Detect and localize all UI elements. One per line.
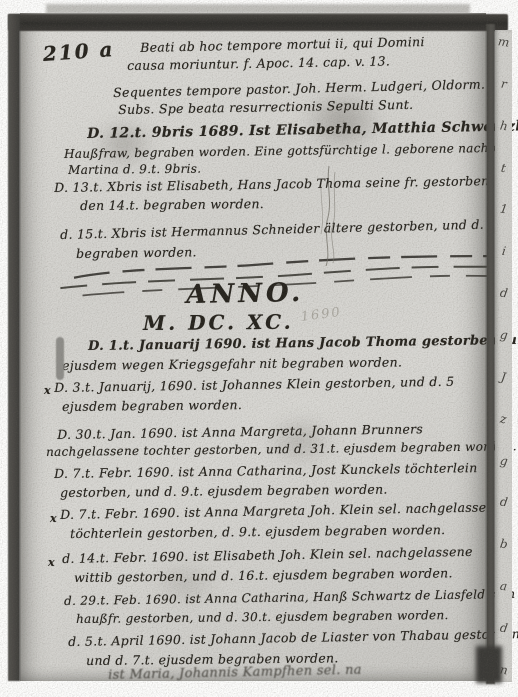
margin-fragment: z <box>500 412 508 425</box>
margin-fragment: 1 <box>499 203 508 216</box>
margin-fragment: m <box>497 35 510 48</box>
burial-entry-line: begraben worden. <box>76 244 197 261</box>
margin-fragment: d <box>499 496 508 509</box>
margin-fragment: d <box>499 622 508 635</box>
folio-number: 210 a <box>42 37 115 66</box>
reader-mark-bar <box>56 337 64 380</box>
margin-fragment: J <box>500 371 506 384</box>
binding-gutter <box>486 24 495 684</box>
margin-fragment: i <box>501 245 506 257</box>
entry-marker-x: x <box>50 512 57 525</box>
margin-fragment: g <box>499 329 508 342</box>
manuscript-scan: 210 a Beati ab hoc tempore mortui ii, qu… <box>0 0 518 697</box>
scan-shadow-corner <box>476 646 502 683</box>
adjacent-page-edge: m r h t 1 i d g J z g d b a d n <box>495 30 512 682</box>
entry-marker-x: x <box>48 556 55 569</box>
entry-marker-x: x <box>44 384 51 397</box>
scan-border-top <box>8 14 508 31</box>
margin-fragment: d <box>499 287 508 300</box>
margin-fragment: t <box>500 161 506 174</box>
burial-entry-line: ejusdem begraben worden. <box>62 397 242 414</box>
roman-year-heading: M. DC. XC. <box>143 310 294 335</box>
margin-fragment: b <box>499 538 508 551</box>
margin-fragment: r <box>500 78 507 91</box>
margin-fragment: h <box>499 119 508 132</box>
anno-heading: ANNO. <box>186 278 304 310</box>
burial-entry-line: Martina d. 9.t. 9bris. <box>68 162 201 177</box>
scan-border-left <box>8 14 20 681</box>
margin-fragment: a <box>499 580 508 593</box>
margin-fragment: g <box>499 454 508 467</box>
adjacent-page-fragments: m r h t 1 i d g J z g d b a d n <box>495 36 512 676</box>
burial-entry-line: den 14.t. begraben worden. <box>80 196 264 213</box>
